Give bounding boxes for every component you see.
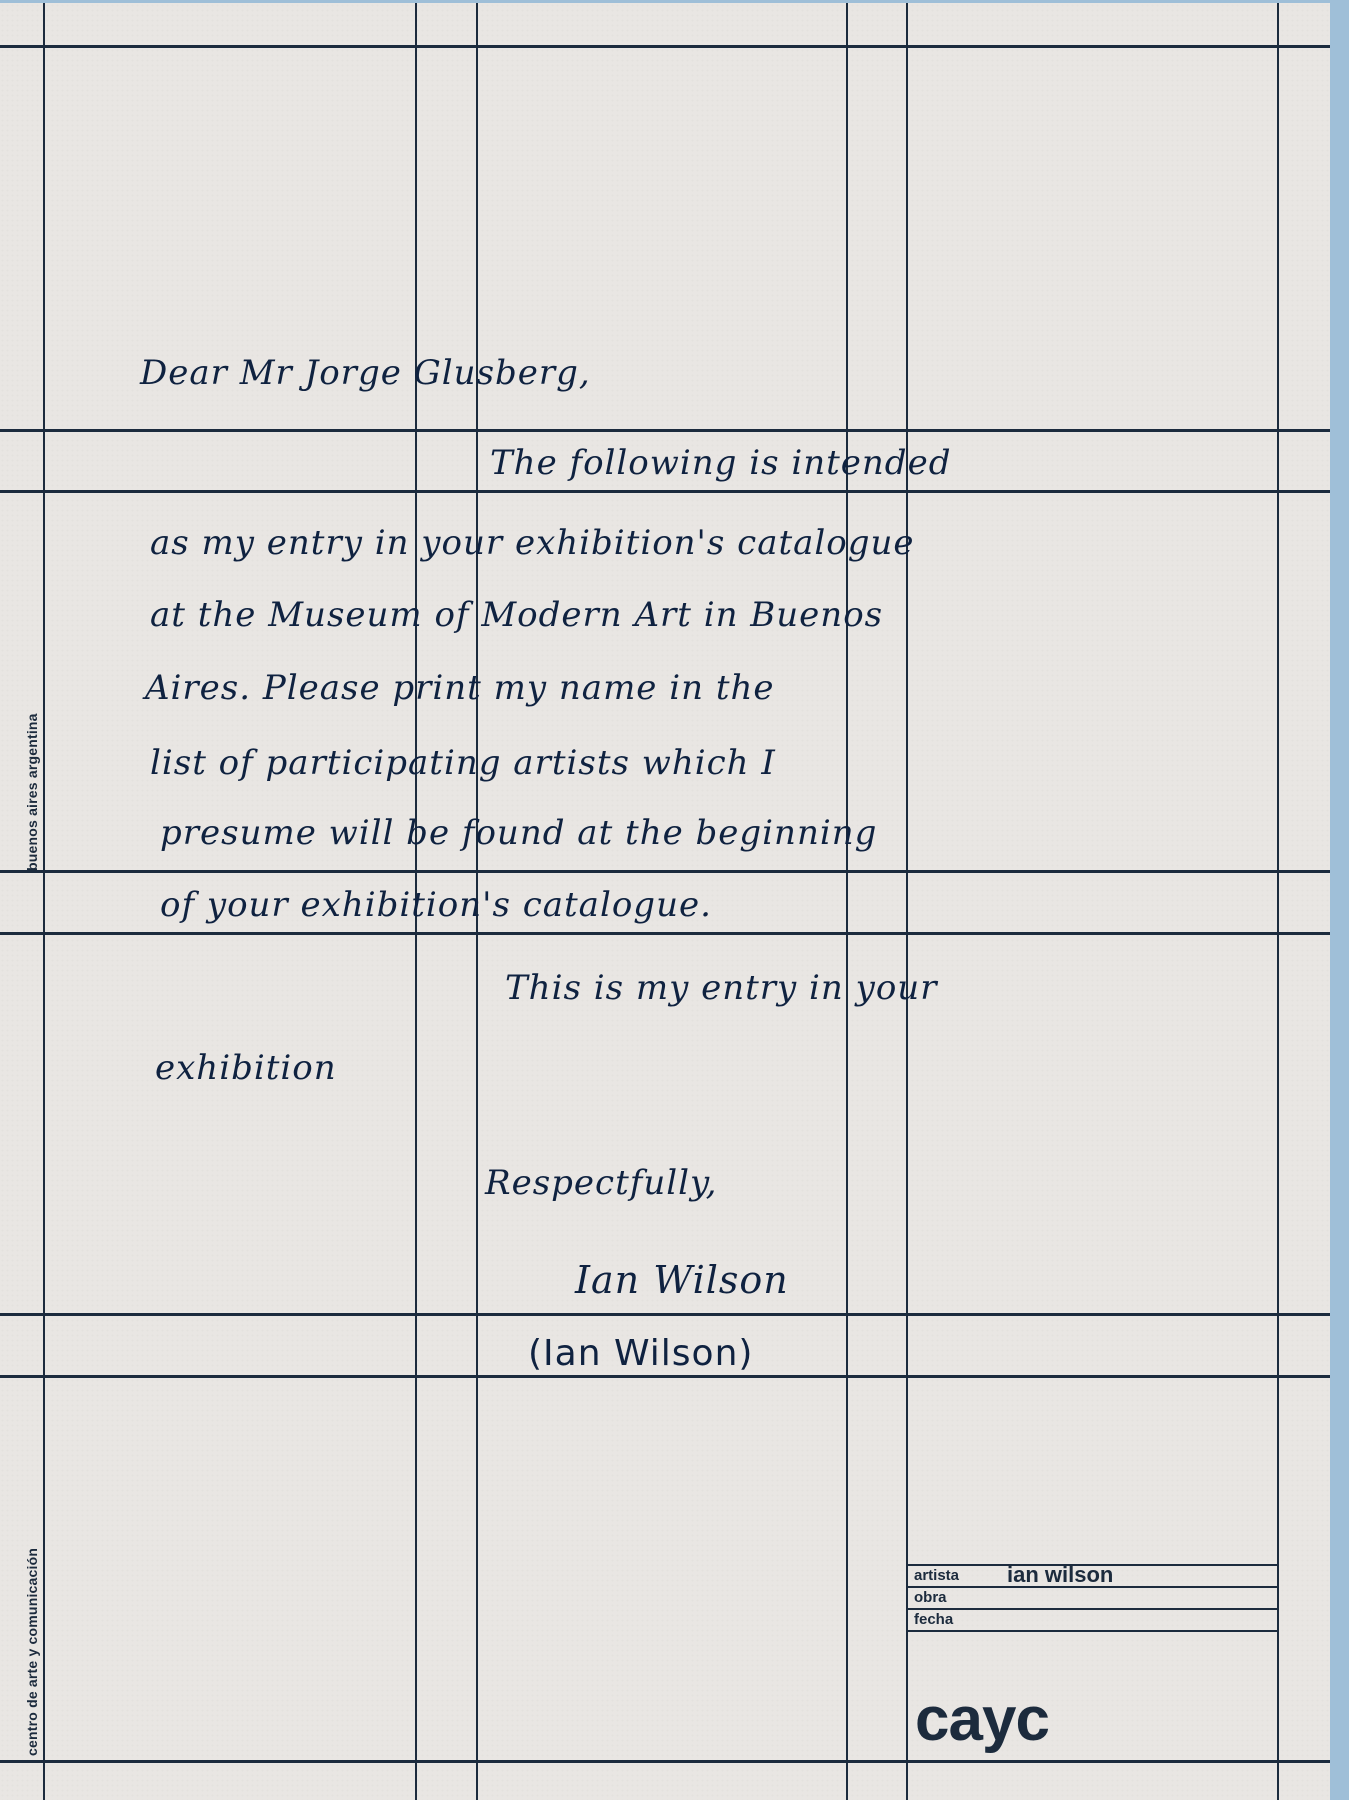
- letter-line: The following is intended: [490, 443, 951, 483]
- location-margin-text: buenos aires argentina: [24, 713, 40, 871]
- grid-hline: [0, 870, 1330, 873]
- letter-salutation: Dear Mr Jorge Glusberg,: [140, 353, 591, 393]
- letter-sheet: buenos aires argentina centro de arte y …: [0, 3, 1330, 1800]
- letter-line: exhibition: [155, 1048, 337, 1088]
- grid-vline: [1277, 3, 1279, 1800]
- letter-signature: Ian Wilson: [575, 1258, 789, 1302]
- cayc-logo: cayc: [915, 1685, 1049, 1755]
- grid-hline: [0, 490, 1330, 493]
- letter-printed-name: (Ian Wilson): [528, 1333, 753, 1374]
- letter-line: presume will be found at the beginning: [160, 813, 877, 853]
- form-value-artista: ian wilson: [1007, 1564, 1113, 1586]
- letter-line: list of participating artists which I: [150, 743, 776, 783]
- form-line: [907, 1630, 1279, 1632]
- grid-hline: [0, 429, 1330, 432]
- form-label-fecha: fecha: [914, 1611, 953, 1629]
- letter-closing: Respectfully,: [485, 1163, 718, 1203]
- grid-vline: [906, 3, 908, 1800]
- form-label-obra: obra: [914, 1589, 947, 1607]
- grid-hline: [0, 1760, 1330, 1763]
- letter-line: This is my entry in your: [505, 968, 937, 1008]
- letter-line: Aires. Please print my name in the: [145, 668, 775, 708]
- letter-line: at the Museum of Modern Art in Buenos: [150, 595, 883, 635]
- grid-hline: [0, 932, 1330, 935]
- form-label-artista: artista: [914, 1567, 959, 1585]
- grid-hline: [0, 1313, 1330, 1316]
- form-line: [907, 1608, 1279, 1610]
- letter-line: as my entry in your exhibition's catalog…: [150, 523, 915, 563]
- letter-line: of your exhibition's catalogue.: [160, 885, 712, 925]
- grid-vline: [846, 3, 848, 1800]
- grid-vline: [43, 3, 45, 1800]
- organization-margin-text: centro de arte y comunicación: [24, 1548, 40, 1756]
- grid-hline: [0, 1375, 1330, 1378]
- grid-hline: [0, 45, 1330, 48]
